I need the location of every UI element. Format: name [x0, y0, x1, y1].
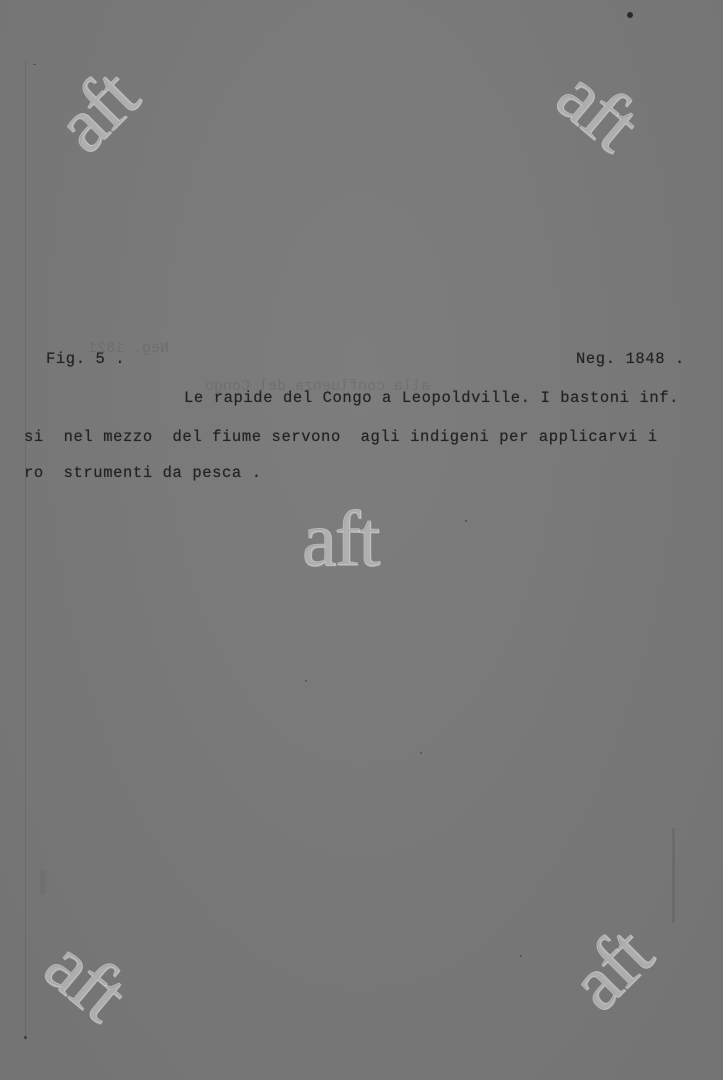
- watermark-logo: aft: [544, 55, 653, 164]
- negative-number: Neg. 1848 .: [576, 350, 685, 368]
- dust-speck: [520, 955, 522, 957]
- figure-label: Fig. 5 .: [46, 350, 125, 368]
- dust-speck: [465, 520, 467, 522]
- dust-speck: [627, 12, 633, 18]
- caption-line: Le rapide del Congo a Leopoldville. I ba…: [184, 389, 679, 407]
- watermark-logo: aft: [42, 56, 151, 165]
- scanned-page: Neg. 1821 alla confluenza del Congo Fig.…: [0, 0, 723, 1080]
- watermark-logo: aft: [302, 500, 378, 578]
- watermark-logo: aft: [556, 914, 665, 1023]
- caption-line: ro strumenti da pesca .: [24, 464, 262, 482]
- dust-speck: [24, 1036, 27, 1039]
- scan-streak: [40, 870, 46, 895]
- watermark-logo: aft: [32, 925, 141, 1034]
- dust-speck: [305, 680, 307, 682]
- margin-line: [25, 60, 26, 1040]
- caption-line: si nel mezzo del fiume servono agli indi…: [24, 428, 658, 446]
- dust-speck: [420, 752, 422, 754]
- scan-streak: [672, 828, 675, 923]
- dust-speck: [33, 64, 36, 65]
